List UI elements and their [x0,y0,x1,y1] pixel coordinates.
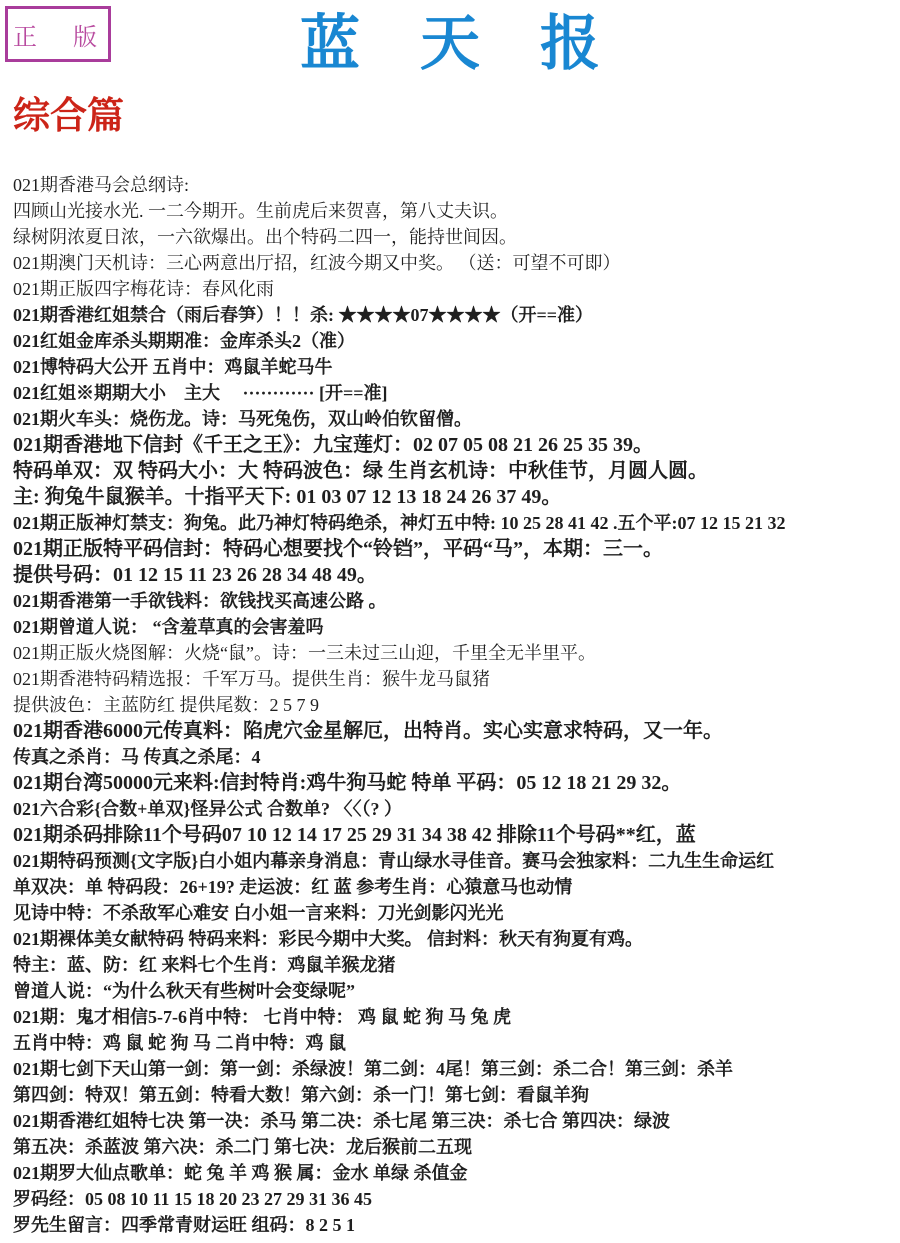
report-line: 021期台湾50000元来料:信封特肖:鸡牛狗马蛇 特单 平码：05 12 18… [13,770,900,796]
report-line: 五肖中特：鸡 鼠 蛇 狗 马 二肖中特：鸡 鼠 [13,1030,900,1056]
report-line: 021期香港第一手欲钱料：欲钱找买高速公路 。 [13,588,900,614]
report-line: 第五决：杀蓝波 第六决：杀二门 第七决：龙后猴前二五现 [13,1134,900,1160]
report-line: 罗码经：05 08 10 11 15 18 20 23 27 29 31 36 … [13,1186,900,1212]
report-line: 021期裸体美女献特码 特码来料：彩民今期中大奖。 信封料：秋天有狗夏有鸡。 [13,926,900,952]
report-line: 021期：鬼才相信5-7-6肖中特： 七肖中特： 鸡 鼠 蛇 狗 马 兔 虎 [13,1004,900,1030]
page-root: { "header": { "badge": "正 版", "title": "… [0,0,900,1243]
report-line: 021期正版神灯禁支：狗兔。此乃神灯特码绝杀，神灯五中特: 10 25 28 4… [13,510,900,536]
report-line: 021期特码预测{文字版}白小姐内幕亲身消息：青山绿水寻佳音。赛马会独家料：二九… [13,848,900,874]
report-line: 021红姐金库杀头期期准：金库杀头2（准） [13,328,900,354]
report-line: 特码单双：双 特码大小：大 特码波色：绿 生肖玄机诗：中秋佳节，月圆人圆。 [13,458,900,484]
report-line: 单双决：单 特码段：26+19? 走运波：红 蓝 参考生肖：心猿意马也动情 [13,874,900,900]
report-line: 021六合彩{合数+单双}怪异公式 合数单? 〈〈（? ） [13,796,900,822]
report-line: 特主：蓝、防：红 来料七个生肖：鸡鼠羊猴龙猪 [13,952,900,978]
report-line: 021期火车头：烧伤龙。诗：马死兔伤，双山岭伯钦留僧。 [13,406,900,432]
report-line: 021期正版特平码信封：特码心想要找个“铃铛”，平码“马”，本期：三一。 [13,536,900,562]
report-line: 021红姐※期期大小 主大 ············ [开==准] [13,380,900,406]
report-line: 021博特码大公开 五肖中：鸡鼠羊蛇马牛 [13,354,900,380]
report-line: 罗先生留言：四季常青财运旺 组码：8 2 5 1 [13,1212,900,1238]
report-line: 提供波色：主蓝防红 提供尾数：2 5 7 9 [13,692,900,718]
report-line: 021期香港特码精选报：千军万马。提供生肖：猴牛龙马鼠猪 [13,666,900,692]
report-line: 021期香港马会总纲诗: [13,172,900,198]
report-line: 第四剑：特双！第五剑：特看大数！第六剑：杀一门！第七剑：看鼠羊狗 [13,1082,900,1108]
report-line: 绿树阴浓夏日浓，一六欲爆出。出个特码二四一，能持世间因。 [13,224,900,250]
report-line: 主: 狗兔牛鼠猴羊。十指平天下: 01 03 07 12 13 18 24 26… [13,484,900,510]
report-line: 021期罗大仙点歌单：蛇 兔 羊 鸡 猴 属：金水 单绿 杀值金 [13,1160,900,1186]
report-line: 021期香港6000元传真料：陷虎穴金星解厄，出特肖。实心实意求特码，又一年。 [13,718,900,744]
report-line: 021期正版四字梅花诗：春风化雨 [13,276,900,302]
report-line: 021期香港地下信封《千王之王》：九宝莲灯：02 07 05 08 21 26 … [13,432,900,458]
report-line: 见诗中特：不杀敌军心难安 白小姐一言来料：刀光剑影闪光光 [13,900,900,926]
report-line: 提供号码：01 12 15 11 23 26 28 34 48 49。 [13,562,900,588]
report-line: 021期七剑下天山第一剑：第一剑：杀绿波！第二剑：4尾！第三剑：杀二合！第三剑：… [13,1056,900,1082]
report-body: 021期香港马会总纲诗:四顾山光接水光. 一二今期开。生前虎后来贺喜，第八丈夫识… [13,172,900,1238]
report-line: 021期杀码排除11个号码07 10 12 14 17 25 29 31 34 … [13,822,900,848]
report-line: 曾道人说：“为什么秋天有些树叶会变绿呢” [13,978,900,1004]
report-line: 021期香港红姐特七决 第一决：杀马 第二决：杀七尾 第三决：杀七合 第四决：绿… [13,1108,900,1134]
report-line: 021期香港红姐禁合（雨后春笋）！！杀: ★★★★07★★★★（开==准） [13,302,900,328]
report-line: 021期正版火烧图解：火烧“鼠”。诗：一三未过三山迎，千里全无半里平。 [13,640,900,666]
section-title: 综合篇 [13,94,124,140]
report-line: 021期曾道人说： “含羞草真的会害羞吗 [13,614,900,640]
page-title: 蓝 天 报 [0,12,900,76]
report-line: 传真之杀肖：马 传真之杀尾：4 [13,744,900,770]
report-line: 四顾山光接水光. 一二今期开。生前虎后来贺喜，第八丈夫识。 [13,198,900,224]
report-line: 021期澳门天机诗：三心两意出厅招，红波今期又中奖。 （送：可望不可即） [13,250,900,276]
